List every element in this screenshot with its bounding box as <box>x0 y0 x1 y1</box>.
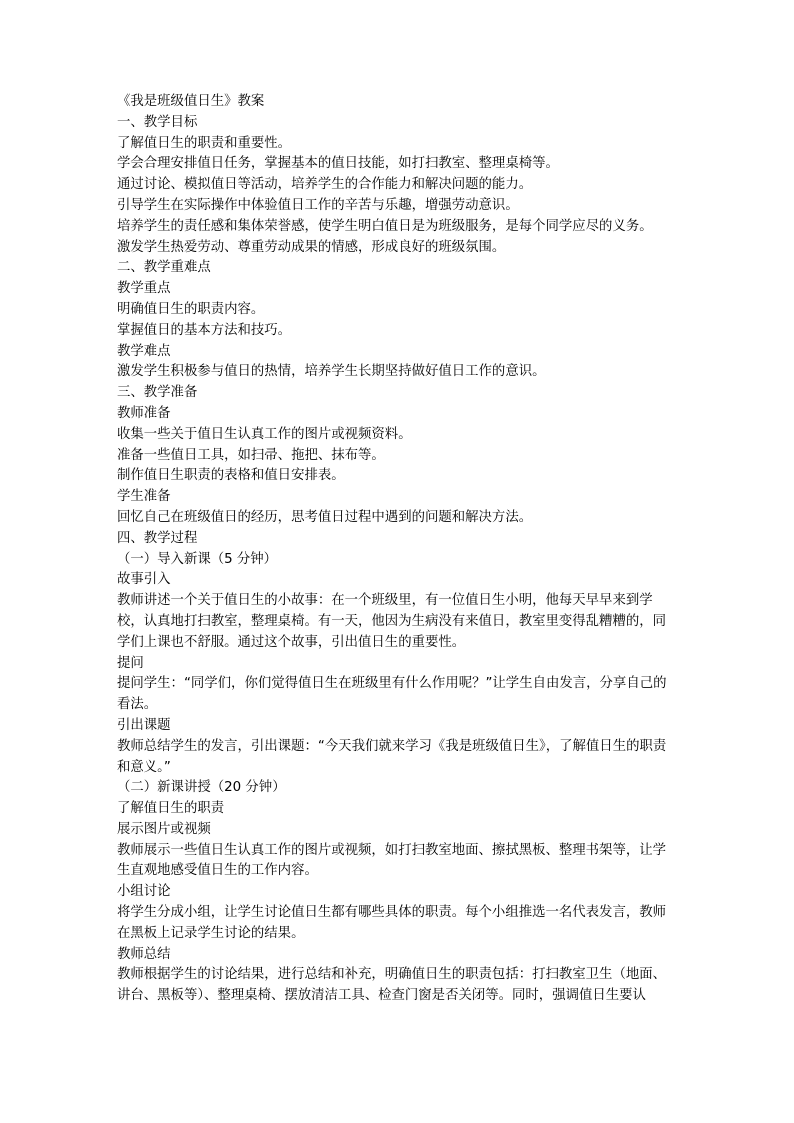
subheading: 引出课题 <box>117 716 679 737</box>
paragraph: 通过讨论、模拟值日等活动，培养学生的合作能力和解决问题的能力。 <box>117 175 679 196</box>
subheading: 故事引入 <box>117 570 679 591</box>
subheading: 教学难点 <box>117 342 679 363</box>
document-page: 《我是班级值日生》教案 一、教学目标 了解值日生的职责和重要性。 学会合理安排值… <box>117 92 679 1007</box>
section-heading: 一、教学目标 <box>117 113 679 134</box>
paragraph: 了解值日生的职责和重要性。 <box>117 134 679 155</box>
paragraph: 回忆自己在班级值日的经历，思考值日过程中遇到的问题和解决方法。 <box>117 508 679 529</box>
subheading: 小组讨论 <box>117 882 679 903</box>
section-heading: 四、教学过程 <box>117 529 679 550</box>
section-heading: 二、教学重难点 <box>117 258 679 279</box>
subheading: （一）导入新课（5 分钟） <box>117 550 679 571</box>
subheading: 提问 <box>117 654 679 675</box>
paragraph: 激发学生热爱劳动、尊重劳动成果的情感，形成良好的班级氛围。 <box>117 238 679 259</box>
subheading: （二）新课讲授（20 分钟） <box>117 778 679 799</box>
paragraph: 引导学生在实际操作中体验值日工作的辛苦与乐趣，增强劳动意识。 <box>117 196 679 217</box>
subheading: 了解值日生的职责 <box>117 799 679 820</box>
subheading: 教师总结 <box>117 945 679 966</box>
subheading: 教学重点 <box>117 279 679 300</box>
subheading: 学生准备 <box>117 487 679 508</box>
subheading: 教师准备 <box>117 404 679 425</box>
paragraph: 准备一些值日工具，如扫帚、拖把、抹布等。 <box>117 446 679 467</box>
section-heading: 三、教学准备 <box>117 383 679 404</box>
document-title: 《我是班级值日生》教案 <box>117 92 679 113</box>
paragraph: 学会合理安排值日任务，掌握基本的值日技能，如打扫教室、整理桌椅等。 <box>117 154 679 175</box>
paragraph: 激发学生积极参与值日的热情，培养学生长期坚持做好值日工作的意识。 <box>117 362 679 383</box>
paragraph: 将学生分成小组，让学生讨论值日生都有哪些具体的职责。每个小组推选一名代表发言，教… <box>117 903 679 945</box>
paragraph: 掌握值日的基本方法和技巧。 <box>117 321 679 342</box>
paragraph: 教师展示一些值日生认真工作的图片或视频，如打扫教室地面、擦拭黑板、整理书架等，让… <box>117 841 679 883</box>
paragraph: 提问学生：“同学们，你们觉得值日生在班级里有什么作用呢？”让学生自由发言，分享自… <box>117 674 679 716</box>
paragraph: 明确值日生的职责内容。 <box>117 300 679 321</box>
paragraph: 制作值日生职责的表格和值日安排表。 <box>117 466 679 487</box>
paragraph: 培养学生的责任感和集体荣誉感，使学生明白值日是为班级服务，是每个同学应尽的义务。 <box>117 217 679 238</box>
subheading: 展示图片或视频 <box>117 820 679 841</box>
paragraph: 教师讲述一个关于值日生的小故事：在一个班级里，有一位值日生小明，他每天早早来到学… <box>117 591 679 653</box>
paragraph: 收集一些关于值日生认真工作的图片或视频资料。 <box>117 425 679 446</box>
paragraph: 教师根据学生的讨论结果，进行总结和补充，明确值日生的职责包括：打扫教室卫生（地面… <box>117 965 679 1007</box>
paragraph: 教师总结学生的发言，引出课题：“今天我们就来学习《我是班级值日生》，了解值日生的… <box>117 737 679 779</box>
